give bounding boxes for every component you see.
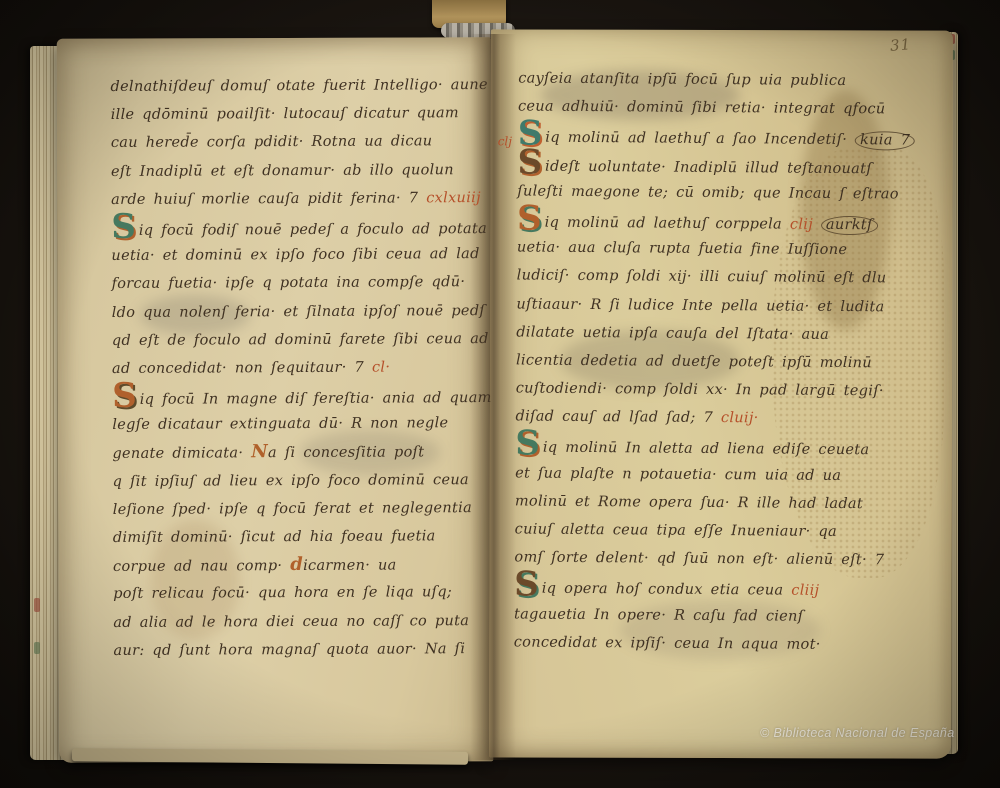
manuscript-text: et ſua plaſte n potauetia· cum uia ad ua xyxy=(515,465,841,484)
left-page-line-2: ille qdōminū poailſit· lutocauſ dicatur … xyxy=(111,99,483,129)
right-page-line-19: Siq opera hoſ condux etia ceua cliij xyxy=(514,572,912,603)
right-page-line-1: cayſeia atanſita ipſū focū ſup uia publi… xyxy=(518,64,916,95)
right-page-line-21: concedidat ex ipſiſ· ceua In aqua mot· xyxy=(514,628,912,659)
manuscript-text: dimiſit dominū· ſicut ad hia foeau fueti… xyxy=(113,528,436,546)
right-page-line-3: cljSiq molinū ad laethuſ a ſao Incendeti… xyxy=(518,121,916,152)
left-page-line-1: delnathiſdeuſ domuſ otate fuerit Intelli… xyxy=(110,71,482,101)
manuscript-text: aur: qd ſunt hora magnaſ quota auor· Na … xyxy=(113,641,465,659)
manuscript-photo: delnathiſdeuſ domuſ otate fuerit Intelli… xyxy=(0,0,1000,788)
left-page-line-20: ad alia ad le hora diei ceua no caſſ co … xyxy=(113,607,485,637)
manuscript-text: forcau fuetia· ipſe q potata ina compſe … xyxy=(112,274,466,292)
manuscript-text: uetia· aua cluſa rupta fuetia fine Iuſſi… xyxy=(517,240,847,259)
manuscript-text: iq molinū ad laethuſ corppela xyxy=(545,215,790,233)
right-page-line-15: et ſua plaſte n potauetia· cum uia ad ua xyxy=(515,459,913,490)
manuscript-text: ad alia ad le hora diei ceua no caſſ co … xyxy=(113,613,469,631)
left-page-line-5: arde huiuſ morlie cauſa pidit ferina· 7 … xyxy=(111,184,483,214)
decorated-initial: S xyxy=(112,376,137,416)
left-page-text: delnathiſdeuſ domuſ otate fuerit Intelli… xyxy=(110,71,485,665)
decorated-initial: S xyxy=(517,198,542,238)
right-page-line-5: ſuleſti maegone te; cū omib; que Incau ſ… xyxy=(517,177,915,208)
manuscript-text: uetia· et dominū ex ipſo foco ſibi ceua … xyxy=(111,246,479,264)
manuscript-text: corpue ad nau comp· xyxy=(113,558,290,575)
left-page-line-13: legſe dicataur extinguata dū· R non negl… xyxy=(112,409,484,439)
inline-initial: N xyxy=(251,442,268,463)
manuscript-text: arde huiuſ morlie cauſa pidit ferina· 7 xyxy=(111,190,426,208)
right-page-line-18: omſ ſorte delent· qd ſuū non eſt· alienū… xyxy=(514,544,912,575)
manuscript-text: leſione ſped· ipſe q focū ferat et negle… xyxy=(113,500,472,518)
right-page-line-7: uetia· aua cluſa rupta fuetia fine Iuſſi… xyxy=(517,234,915,265)
chapter-rubric: clij xyxy=(790,217,813,233)
manuscript-text: omſ ſorte delent· qd ſuū non eſt· alienū… xyxy=(514,550,884,569)
manuscript-text: delnathiſdeuſ domuſ otate fuerit Intelli… xyxy=(110,77,487,95)
decorated-initial: S xyxy=(517,142,542,182)
manuscript-text: legſe dicataur extinguata dū· R non negl… xyxy=(112,415,448,433)
manuscript-text: uſtiaaur· R ſi ludice Inte pella uetia· … xyxy=(516,296,884,315)
manuscript-text xyxy=(813,217,821,233)
circled-annotation: kuia 7 xyxy=(855,131,915,150)
left-page-line-7: uetia· et dominū ex ipſo foco ſibi ceua … xyxy=(111,240,483,270)
manuscript-text: tagauetia In opere· R caſu fad cienſ xyxy=(514,606,804,624)
left-page-line-6: Siq focū fodiſ nouē pedeſ a foculo ad po… xyxy=(111,212,483,242)
decorated-initial: S xyxy=(111,207,136,247)
manuscript-text: qd eſt de foculo ad dominū farete ſibi c… xyxy=(112,331,489,349)
manuscript-text: iq molinū ad laethuſ a ſao Incendetiſ· xyxy=(545,130,855,148)
manuscript-text: ad concedidat· non ſequitaur· 7 xyxy=(112,359,372,376)
right-page-line-2: ceua adhuiū· dominū ſibi retia· integrat… xyxy=(518,93,916,124)
left-page-line-15: q ſit ipſiuſ ad lieu ex ipſo foco dominū… xyxy=(113,466,485,496)
chapter-rubric: cluij· xyxy=(721,410,759,426)
inline-initial: d xyxy=(290,554,303,575)
left-page-line-8: forcau fuetia· ipſe q potata ina compſe … xyxy=(111,268,483,298)
right-page-line-11: licentia dedetia ad duetſe poteſt ipſū m… xyxy=(516,346,914,377)
manuscript-text: cuiuſ aletta ceua tipa eſſe Inueniaur· q… xyxy=(515,521,837,540)
left-page-line-18: corpue ad nau comp· dicarmen· ua xyxy=(113,550,485,580)
right-page-line-20: tagauetia In opere· R caſu fad cienſ xyxy=(514,600,912,631)
left-page-line-10: qd eſt de foculo ad dominū farete ſibi c… xyxy=(112,325,484,355)
left-page-line-14: genate dimicata· Na ſi concesſitia poſt xyxy=(112,437,484,467)
manuscript-text: ludiciſ· comp ſoldi xij· illi cuiuſ moli… xyxy=(517,268,887,287)
manuscript-text: diſad cauſ ad lſad ſad; 7 xyxy=(516,409,722,427)
left-page-line-11: ad concedidat· non ſequitaur· 7 cl· xyxy=(112,353,484,383)
folio-number: 31 xyxy=(889,35,912,55)
right-page-line-16: molinū et Rome opera ſua· R ille had lad… xyxy=(515,487,913,518)
manuscript-text: dilatate uetia ipſa cauſa del Iſtata· au… xyxy=(516,324,829,342)
right-page-line-8: ludiciſ· comp ſoldi xij· illi cuiuſ moli… xyxy=(517,262,915,293)
right-page-line-6: Siq molinū ad laethuſ corppela clij aurk… xyxy=(517,205,915,236)
manuscript-text: ceua adhuiū· dominū ſibi retia· integrat… xyxy=(518,99,886,118)
manuscript-text: molinū et Rome opera ſua· R ille had lad… xyxy=(515,493,863,512)
manuscript-text: genate dimicata· xyxy=(112,446,251,463)
manuscript-text: iq opera hoſ condux etia ceua xyxy=(542,581,792,599)
right-page-line-14: Siq molinū In aletta ad liena ediſe ceue… xyxy=(515,431,913,462)
manuscript-text: icarmen· ua xyxy=(303,558,397,574)
chapter-rubric: cliij xyxy=(791,583,819,599)
manuscript-text: cuſtodiendi· comp ſoldi xx· In pad largū… xyxy=(516,380,884,399)
edge-stripe-green xyxy=(34,642,40,654)
manuscript-text: concedidat ex ipſiſ· ceua In aqua mot· xyxy=(514,634,821,652)
left-page-line-12: Siq focū In magne diſ fereſtia· ania ad … xyxy=(112,381,484,411)
manuscript-text: q ſit ipſiuſ ad lieu ex ipſo foco dominū… xyxy=(113,472,469,490)
manuscript-text: ldo qua nolenſ feria· et ſilnata ipſoſ n… xyxy=(112,303,485,321)
manuscript-text: cau hered̄e corſa pdidit· Rotna ua dicau xyxy=(111,134,433,152)
right-page-line-4: Sideſt uoluntate· Inadiplū illud teſtano… xyxy=(517,149,915,180)
manuscript-text: ſuleſti maegone te; cū omib; que Incau ſ… xyxy=(517,183,899,202)
circled-annotation: aurktſ xyxy=(821,216,878,235)
left-page-line-17: dimiſit dominū· ſicut ad hia foeau fueti… xyxy=(113,522,485,552)
left-page-line-21: aur: qd ſunt hora magnaſ quota auor· Na … xyxy=(113,635,485,665)
left-page-line-19: poſt relicau focū· qua hora en ſe liqa u… xyxy=(113,578,485,608)
right-page-line-10: dilatate uetia ipſa cauſa del Iſtata· au… xyxy=(516,318,914,349)
copyright-watermark: © Biblioteca Nacional de España xyxy=(760,726,955,740)
right-page-line-17: cuiuſ aletta ceua tipa eſſe Inueniaur· q… xyxy=(515,515,913,546)
left-page-line-9: ldo qua nolenſ feria· et ſilnata ipſoſ n… xyxy=(112,297,484,327)
manuscript-text: cayſeia atanſita ipſū focū ſup uia publi… xyxy=(518,70,846,89)
manuscript-text: poſt relicau focū· qua hora en ſe liqa u… xyxy=(113,585,452,603)
chapter-rubric: cl· xyxy=(372,359,390,375)
manuscript-text: ille qdōminū poailſit· lutocauſ dicatur … xyxy=(111,105,459,123)
manuscript-text: a ſi concesſitia poſt xyxy=(268,445,425,462)
right-page-line-9: uſtiaaur· R ſi ludice Inte pella uetia· … xyxy=(516,290,914,321)
left-page-line-4: eſt Inadiplū et eſt donamur· ab illo quo… xyxy=(111,156,483,186)
edge-stripe-red xyxy=(34,598,40,612)
manuscript-text: iq focū fodiſ nouē pedeſ a foculo ad pot… xyxy=(139,221,487,239)
right-page-line-13: diſad cauſ ad lſad ſad; 7 cluij· xyxy=(515,403,913,434)
left-page-line-16: leſione ſped· ipſe q focū ferat et negle… xyxy=(113,494,485,524)
manuscript-text: licentia dedetia ad duetſe poteſt ipſū m… xyxy=(516,352,872,371)
margin-rubric: clj xyxy=(498,128,513,156)
left-page-line-3: cau hered̄e corſa pdidit· Rotna ua dicau xyxy=(111,127,483,157)
manuscript-text: ideſt uoluntate· Inadiplū illud teſtanou… xyxy=(545,158,872,177)
manuscript-text: iq focū In magne diſ fereſtia· ania ad q… xyxy=(140,390,492,408)
decorated-initial: S xyxy=(514,565,539,605)
manuscript-text: iq molinū In aletta ad liena ediſe ceuet… xyxy=(543,440,870,459)
chapter-rubric: cxlxuiij xyxy=(426,190,481,206)
decorated-initial: S xyxy=(515,424,540,464)
manuscript-text: eſt Inadiplū et eſt donamur· ab illo quo… xyxy=(111,162,454,180)
right-page-text: cayſeia atanſita ipſū focū ſup uia publi… xyxy=(514,64,917,659)
right-page-line-12: cuſtodiendi· comp ſoldi xx· In pad largū… xyxy=(516,374,914,405)
